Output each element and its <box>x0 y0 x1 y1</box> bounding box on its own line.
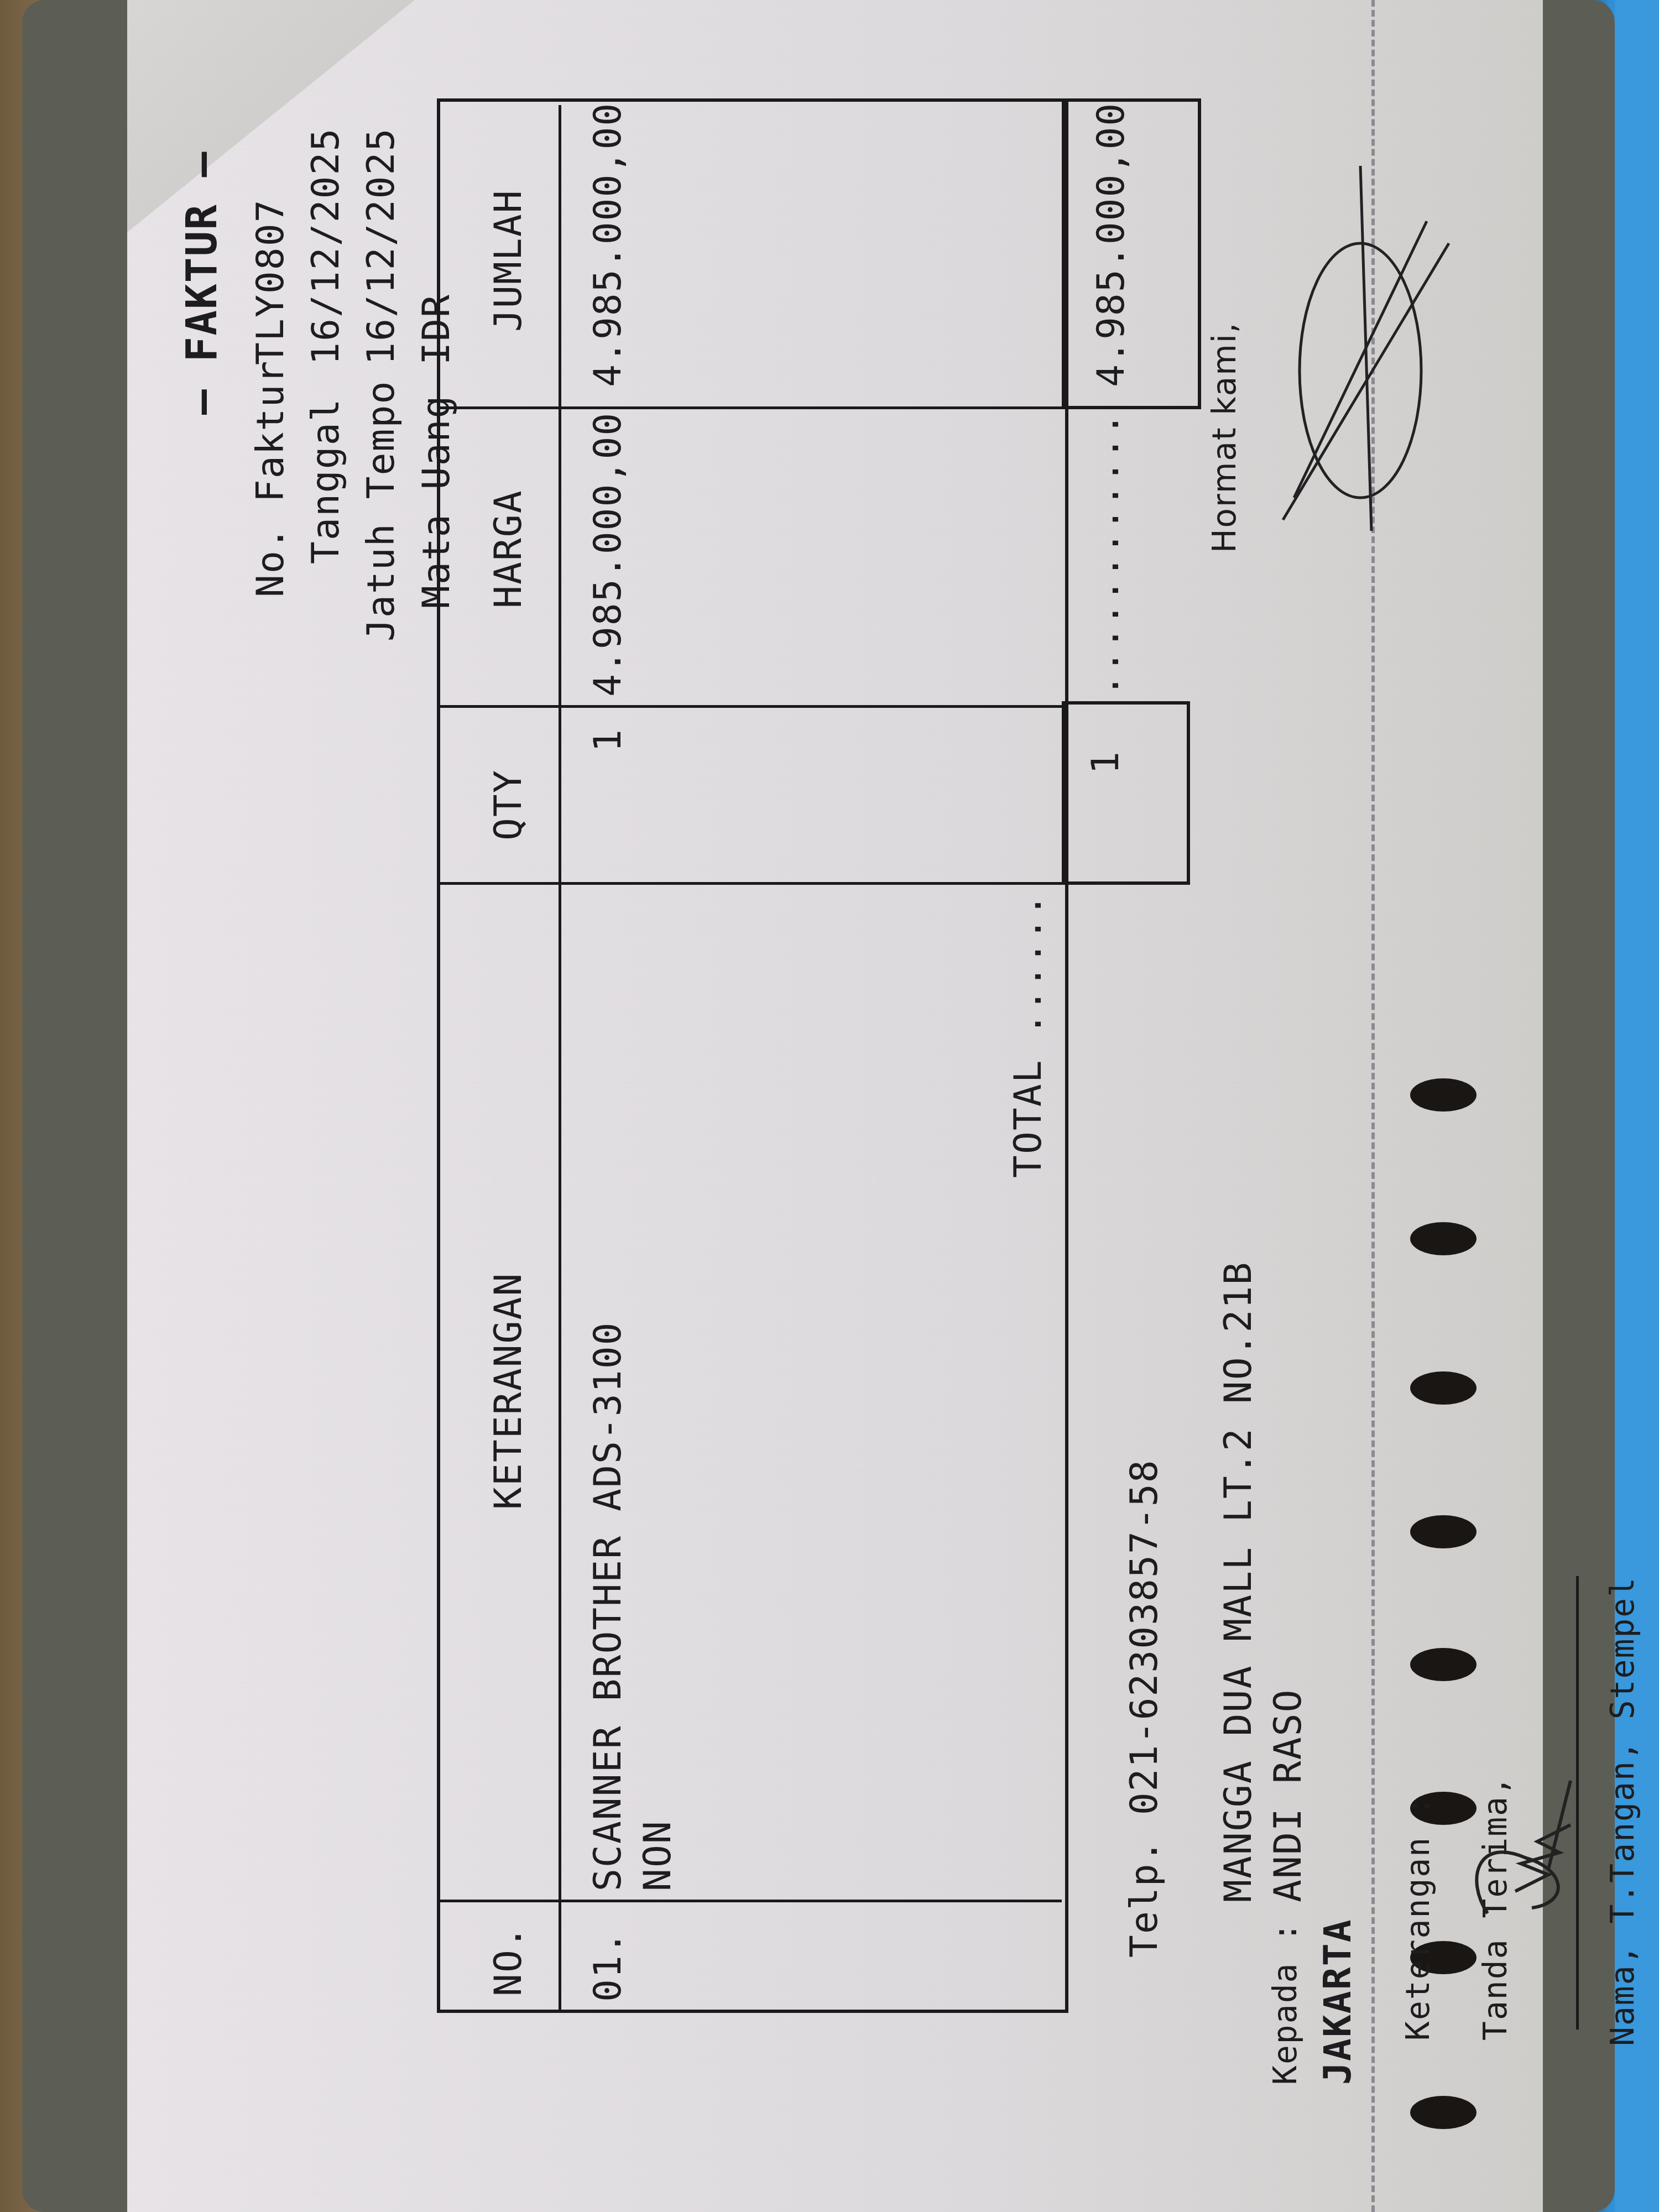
col-divider <box>437 406 1062 409</box>
recipient-address: MANGGA DUA MALL LT.2 NO.21B <box>1217 1261 1260 1902</box>
row-amount: 4.985.000,00 <box>586 102 630 387</box>
invoice-title: — FAKTUR — <box>177 150 226 415</box>
perforation-hole <box>1410 1078 1477 1112</box>
perforation-hole <box>1410 1648 1477 1681</box>
invoice-paper: — FAKTUR — JAKARTA Kepada : ANDI RASO MA… <box>127 0 1543 2212</box>
invoice-photo: — FAKTUR — JAKARTA Kepada : ANDI RASO MA… <box>127 0 1543 2212</box>
total-qty-box <box>1062 701 1190 885</box>
total-dots: ............ <box>1084 412 1128 697</box>
table-header-divider <box>559 105 561 2013</box>
signature-caption: Nama, T.Tangan, Stempel <box>1604 1577 1641 2046</box>
meta-date-label: Tanggal <box>304 398 348 564</box>
header-amount: JUMLAH <box>487 189 530 332</box>
col-divider <box>437 705 1062 708</box>
notes-label: Keterangan : <box>1399 1796 1437 2041</box>
recipient-label: Kepada : <box>1266 1922 1304 2085</box>
col-divider <box>437 882 1062 885</box>
meta-date: 16/12/2025 <box>304 128 348 365</box>
meta-due: 16/12/2025 <box>359 128 403 365</box>
total-qty: 1 <box>1084 750 1128 774</box>
recipient-name: ANDI RASO <box>1266 1689 1310 1902</box>
col-divider <box>437 1900 1062 1902</box>
row-qty: 1 <box>586 728 630 752</box>
recipient-signature <box>1465 1703 1609 1924</box>
perforation-hole <box>1410 1515 1477 1548</box>
meta-due-label: Jatuh Tempo <box>359 380 403 641</box>
perforation-hole <box>1410 1371 1477 1405</box>
perforation-hole <box>1410 1222 1477 1255</box>
row-description-2: NON <box>636 1820 680 1891</box>
meta-invoice-no: TLY0807 <box>249 199 293 365</box>
header-qty: QTY <box>487 769 530 841</box>
total-label: TOTAL ...... <box>1006 893 1050 1178</box>
recipient-phone: Telp. 021-62303857-58 <box>1123 1459 1166 1958</box>
items-table <box>437 98 1068 2013</box>
row-description: SCANNER BROTHER ADS-3100 <box>586 1321 630 1891</box>
row-price: 4.985.000,00 <box>586 412 630 697</box>
row-no: 01. <box>586 1931 630 2002</box>
header-description: KETERANGAN <box>487 1272 530 1510</box>
meta-invoice-no-label: No. Faktur <box>249 360 293 597</box>
company-city: JAKARTA <box>1316 1918 1360 2085</box>
regards-label: Hormat kami, <box>1206 322 1243 553</box>
total-amount: 4.985.000,00 <box>1089 102 1133 387</box>
issuer-signature <box>1261 166 1493 553</box>
perforation-hole <box>1410 2096 1477 2129</box>
header-no: NO. <box>487 1925 530 1996</box>
header-price: HARGA <box>487 489 530 608</box>
